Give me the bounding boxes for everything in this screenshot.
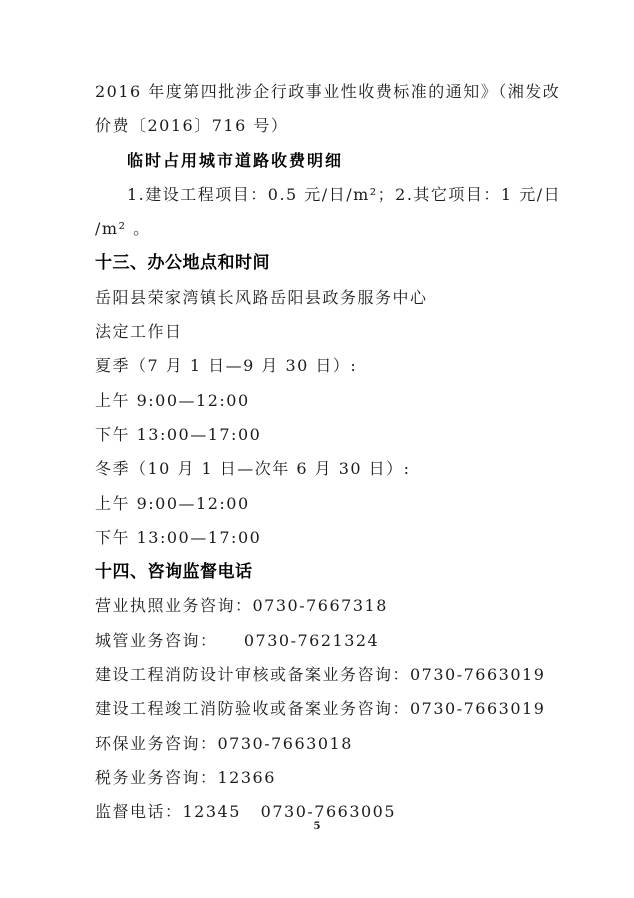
- summer-morning-hours: 上午 9:00—12:00: [95, 384, 543, 418]
- paragraph-notice-line-1: 2016 年度第四批涉企行政事业性收费标准的通知》（湘发改: [95, 75, 543, 109]
- contact-fire-design-review: 建设工程消防设计审核或备案业务咨询：0730-7663019: [95, 658, 543, 692]
- paragraph-fee-items-line-2: /m² 。: [95, 212, 543, 246]
- contact-fire-completion-acceptance: 建设工程竣工消防验收或备案业务咨询：0730-7663019: [95, 692, 543, 726]
- contact-environmental-protection: 环保业务咨询：0730-7663018: [95, 727, 543, 761]
- winter-schedule-label: 冬季（10 月 1 日—次年 6 月 30 日）:: [95, 452, 543, 486]
- document-body: 2016 年度第四批涉企行政事业性收费标准的通知》（湘发改 价费〔2016〕71…: [95, 75, 543, 830]
- paragraph-fee-items-line-1: 1.建设工程项目：0.5 元/日/m²；2.其它项目：1 元/日: [95, 178, 543, 212]
- summer-afternoon-hours: 下午 13:00—17:00: [95, 418, 543, 452]
- paragraph-notice-line-2: 价费〔2016〕716 号）: [95, 109, 543, 143]
- document-page: 2016 年度第四批涉企行政事业性收费标准的通知》（湘发改 价费〔2016〕71…: [0, 0, 634, 898]
- contact-business-license: 营业执照业务咨询：0730-7667318: [95, 589, 543, 623]
- winter-morning-hours: 上午 9:00—12:00: [95, 487, 543, 521]
- office-address-line: 岳阳县荣家湾镇长风路岳阳县政务服务中心: [95, 281, 543, 315]
- page-number: 5: [0, 821, 634, 832]
- section-heading-13-office-location-time: 十三、办公地点和时间: [95, 246, 543, 280]
- section-heading-14-supervision-phones: 十四、咨询监督电话: [95, 555, 543, 589]
- summer-schedule-label: 夏季（7 月 1 日—9 月 30 日）:: [95, 349, 543, 383]
- winter-afternoon-hours: 下午 13:00—17:00: [95, 521, 543, 555]
- contact-urban-management: 城管业务咨询： 0730-7621324: [95, 624, 543, 658]
- working-days-line: 法定工作日: [95, 315, 543, 349]
- subheading-road-fee-detail: 临时占用城市道路收费明细: [95, 144, 543, 178]
- contact-tax-service: 税务业务咨询：12366: [95, 761, 543, 795]
